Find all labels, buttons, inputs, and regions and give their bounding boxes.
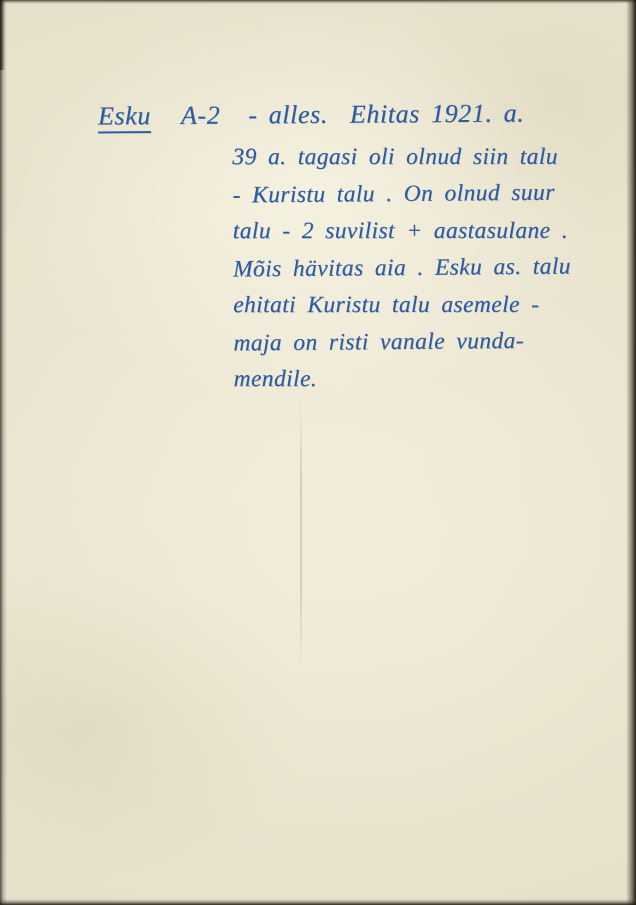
handwritten-line: Mõis hävitas aia . Esku as. talu (233, 249, 571, 289)
paper-crease (300, 400, 302, 670)
scan-edge-left (0, 0, 7, 905)
scan-edge-right (626, 0, 636, 905)
note-body: 39 a. tagasi oli olnud siin talu - Kuris… (232, 138, 571, 399)
handwritten-line: ehitati Kuristu talu asemele - (233, 287, 571, 324)
note-heading: EskuA-2- alles.Ehitas 1921. a. (98, 99, 525, 132)
scanned-note-page: EskuA-2- alles.Ehitas 1921. a. 39 a. tag… (0, 0, 636, 905)
catalog-code: A-2 (181, 101, 221, 130)
place-name-underlined: Esku (98, 101, 151, 133)
scan-edge-bottom (0, 899, 636, 905)
handwritten-line: maja on risti vanale vunda- (233, 323, 571, 363)
handwritten-line: - Kuristu talu . On olnud suur (232, 175, 570, 215)
built-year-note: Ehitas 1921. a. (350, 99, 525, 129)
status-note: - alles. (248, 100, 328, 130)
scan-edge-top (0, 0, 636, 4)
scan-corner-mark (0, 0, 5, 70)
handwritten-line: mendile. (234, 361, 572, 398)
handwritten-line: talu - 2 suvilist + aastasulane . (233, 213, 571, 250)
handwritten-line: 39 a. tagasi oli olnud siin talu (232, 139, 570, 176)
